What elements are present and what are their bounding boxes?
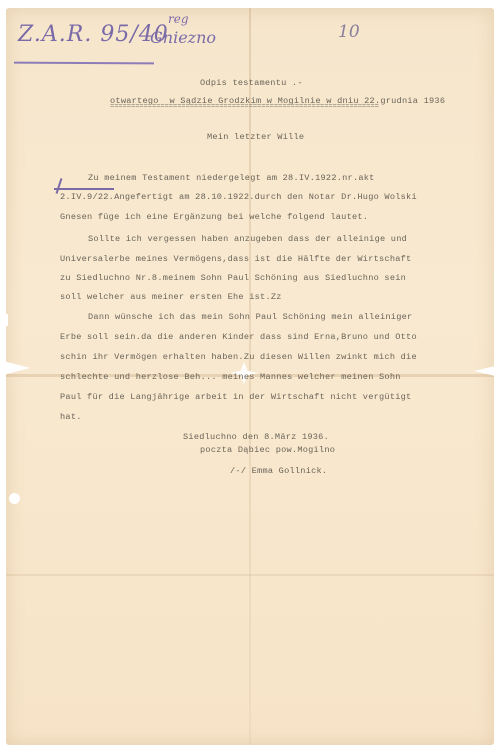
handwritten-superscript: reg [168,12,189,26]
document-title: Odpis testamentu .- [200,78,303,88]
subtitle-underline: ========================================… [110,103,379,111]
body-line: schlechte und herzlose Beh... meines Man… [60,372,401,382]
edge-notch [0,314,8,326]
lower-fold [6,574,494,576]
page-number: 10 [338,22,360,42]
body-line: Gnesen füge ich eine Ergänzung bei welch… [60,212,368,222]
closing-district: poczta Dąbiec pow.Mogilno [200,445,335,455]
body-line: Dann wünsche ich das mein Sohn Paul Schö… [88,312,412,322]
body-line: soll welcher aus meiner ersten Ehe ist.Z… [60,292,282,302]
body-line: Universalerbe meines Vermögens,dass ist … [60,254,411,264]
body-line: zu Siedluchno Nr.8.meinem Sohn Paul Schö… [60,273,406,283]
handwritten-annotation: Gniezno [150,28,216,47]
section-heading: Mein letzter Wille [207,132,304,142]
closing-place-date: Siedluchno den 8.März 1936. [183,432,329,442]
handwritten-reference: Z.A.R. 95/40 [18,22,169,47]
body-line: hat. [60,412,82,422]
signature: /-/ Emma Gollnick. [230,466,327,476]
body-line: 2.IV.9/22.Angefertigt am 28.10.1922.durc… [60,192,417,202]
body-line: schin ihr Vermögen erhalten haben.Zu die… [60,352,417,362]
punch-hole [9,493,20,504]
body-line: Sollte ich vergessen haben anzugeben das… [88,234,407,244]
margin-underline-mark [54,188,114,190]
body-line: Erbe soll sein.da die anderen Kinder das… [60,332,417,342]
body-line: Zu meinem Testament niedergelegt am 28.I… [88,173,375,183]
body-line: Paul für die Langjährige arbeit in der W… [60,392,411,402]
